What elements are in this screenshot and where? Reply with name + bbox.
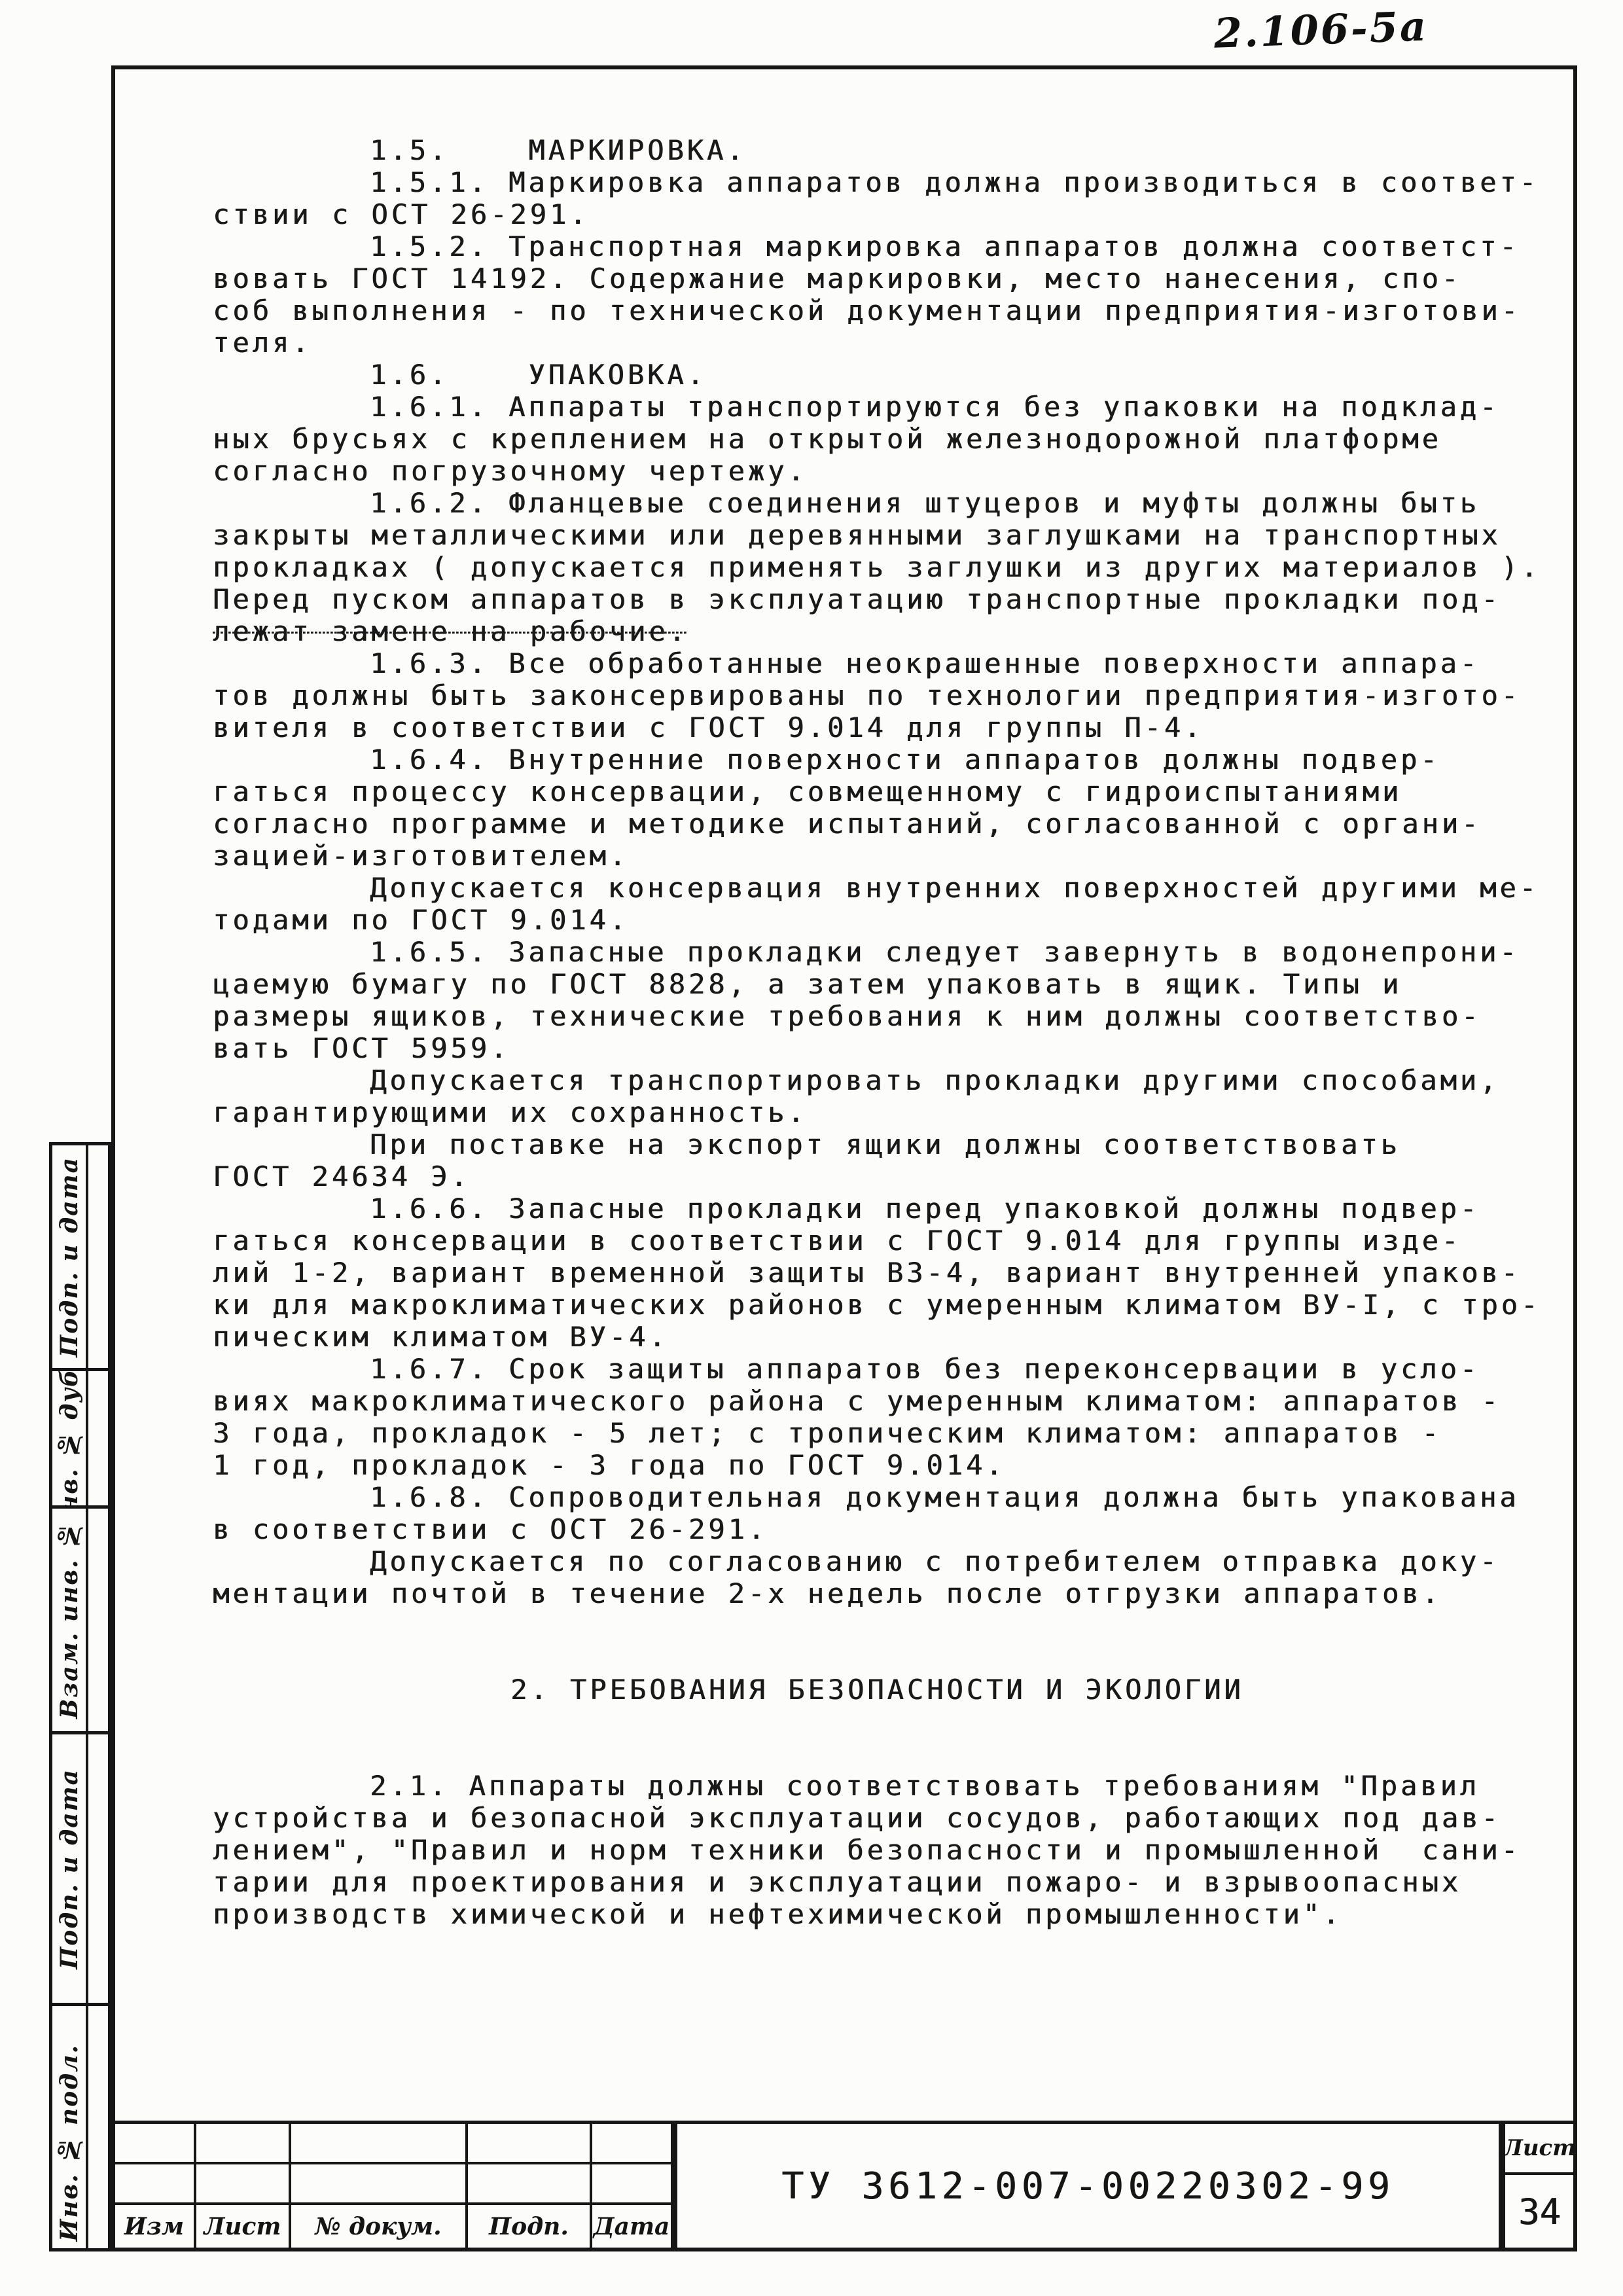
revision-empty-cell bbox=[291, 2124, 468, 2164]
text-line: тодами по ГОСТ 9.014. bbox=[213, 904, 1561, 936]
text-line: лением", "Правил и норм техники безопасн… bbox=[213, 1834, 1561, 1866]
revision-empty-cell bbox=[291, 2164, 468, 2205]
stamp-label: Взам. инв. № bbox=[56, 1520, 83, 1719]
text-line: согласно погрузочному чертежу. bbox=[213, 455, 1561, 487]
text-line: 1.6.6. Запасные прокладки перед упаковко… bbox=[213, 1193, 1561, 1225]
stamp-cell-podp-i-data-1: Подп. и дата bbox=[52, 1145, 108, 1371]
text-line: закрыты металлическими или деревянными з… bbox=[213, 519, 1561, 551]
stamp-label: Инв. № дубл. bbox=[56, 1371, 83, 1505]
text-line: 1.6.1. Аппараты транспортируются без упа… bbox=[213, 391, 1561, 423]
text-line: гарантирующими их сохранность. bbox=[213, 1096, 1561, 1128]
revision-empty-cell bbox=[592, 2124, 671, 2164]
stamp-column: Подп. и дата Инв. № дубл. Взам. инв. № П… bbox=[49, 1142, 111, 2251]
revision-table: Изм Лист № докум. Подп. Дата bbox=[111, 2121, 674, 2251]
stamp-cell-inv-n-dubl: Инв. № дубл. bbox=[52, 1371, 108, 1509]
stamp-signature-area bbox=[88, 1371, 108, 1505]
body-text: 1.5. МАРКИРОВКА.1.5.1. Маркировка аппара… bbox=[213, 134, 1561, 1930]
text-line: вать ГОСТ 5959. bbox=[213, 1032, 1561, 1064]
stamp-signature-area bbox=[88, 1145, 108, 1368]
text-line: 2. ТРЕБОВАНИЯ БЕЗОПАСНОСТИ И ЭКОЛОГИИ bbox=[213, 1674, 1561, 1706]
blank-line bbox=[213, 1641, 1561, 1674]
text-line: 1.6.3. Все обработанные неокрашенные пов… bbox=[213, 647, 1561, 679]
stamp-signature-area bbox=[88, 1734, 108, 2003]
stamp-label: Инв. № подл. bbox=[56, 2044, 83, 2242]
revision-empty-cell bbox=[468, 2164, 592, 2205]
page: 2.106-5a 1.5. МАРКИРОВКА.1.5.1. Маркиров… bbox=[0, 0, 1623, 2296]
stamp-label-cell: Подп. и дата bbox=[52, 1734, 88, 2003]
text-line: 1.6.2. Фланцевые соединения штуцеров и м… bbox=[213, 487, 1561, 519]
text-line: Допускается консервация внутренних повер… bbox=[213, 872, 1561, 904]
text-line: зацией-изготовителем. bbox=[213, 840, 1561, 872]
stamp-cell-vzam-inv-n: Взам. инв. № bbox=[52, 1509, 108, 1734]
stamp-cell-inv-n-podl: Инв. № подл. bbox=[52, 2006, 108, 2248]
text-line: Допускается транспортировать прокладки д… bbox=[213, 1064, 1561, 1096]
revision-col-data: Дата bbox=[592, 2205, 671, 2248]
text-line: согласно программе и методике испытаний,… bbox=[213, 808, 1561, 840]
text-line: цаемую бумагу по ГОСТ 8828, а затем упак… bbox=[213, 968, 1561, 1000]
revision-empty-cell bbox=[115, 2164, 196, 2205]
text-line: 2.1. Аппараты должны соответствовать тре… bbox=[213, 1770, 1561, 1802]
text-line: 3 года, прокладок - 5 лет; с тропическим… bbox=[213, 1417, 1561, 1449]
revision-empty-cell bbox=[468, 2124, 592, 2164]
text-line: устройства и безопасной эксплуатации сос… bbox=[213, 1802, 1561, 1834]
text-line: 1.5.2. Транспортная маркировка аппаратов… bbox=[213, 230, 1561, 262]
text-line: гаться процессу консервации, совмещенном… bbox=[213, 776, 1561, 808]
sheet-number: 34 bbox=[1505, 2175, 1574, 2248]
stamp-label-cell: Взам. инв. № bbox=[52, 1509, 88, 1731]
blank-line bbox=[213, 1609, 1561, 1641]
text-line: 1.6.5. Запасные прокладки следует заверн… bbox=[213, 936, 1561, 968]
text-line: лий 1-2, вариант временной защиты ВЗ-4, … bbox=[213, 1257, 1561, 1289]
document-number-cell: ТУ 3612-007-00220302-99 bbox=[674, 2121, 1502, 2251]
text-line: Перед пуском аппаратов в эксплуатацию тр… bbox=[213, 583, 1561, 615]
stamp-label-cell: Инв. № подл. bbox=[52, 2006, 88, 2248]
text-line: 1.6.8. Сопроводительная документация дол… bbox=[213, 1481, 1561, 1513]
text-line: вителя в соответствии с ГОСТ 9.014 для г… bbox=[213, 711, 1561, 744]
text-line: теля. bbox=[213, 327, 1561, 359]
revision-col-podp: Подп. bbox=[468, 2205, 592, 2248]
handwritten-annotation: 2.106-5a bbox=[1213, 0, 1543, 69]
text-line: гаться консервации в соответствии с ГОСТ… bbox=[213, 1225, 1561, 1257]
revision-empty-cell bbox=[592, 2164, 671, 2205]
revision-empty-cell bbox=[196, 2164, 291, 2205]
text-line: в соответствии с ОСТ 26-291. bbox=[213, 1513, 1561, 1545]
text-line: 1.6.4. Внутренние поверхности аппаратов … bbox=[213, 744, 1561, 776]
stamp-label-cell: Инв. № дубл. bbox=[52, 1371, 88, 1505]
blank-line bbox=[213, 1706, 1561, 1738]
text-line: 1.5.1. Маркировка аппаратов должна произ… bbox=[213, 166, 1561, 198]
stamp-signature-area bbox=[88, 1509, 108, 1731]
text-line: размеры ящиков, технические требования к… bbox=[213, 1000, 1561, 1032]
text-line: Допускается по согласованию с потребител… bbox=[213, 1545, 1561, 1577]
revision-col-izm: Изм bbox=[115, 2205, 196, 2248]
text-line: При поставке на экспорт ящики должны соо… bbox=[213, 1128, 1561, 1160]
stamp-label-cell: Подп. и дата bbox=[52, 1145, 88, 1368]
stamp-label: Подп. и дата bbox=[56, 1768, 83, 1969]
text-line: производств химической и нефтехимической… bbox=[213, 1898, 1561, 1930]
text-line: прокладках ( допускается применять заглу… bbox=[213, 551, 1561, 583]
revision-col-docnum: № докум. bbox=[291, 2205, 468, 2248]
text-line: тов должны быть законсервированы по техн… bbox=[213, 679, 1561, 711]
text-line: 1 год, прокладок - 3 года по ГОСТ 9.014. bbox=[213, 1449, 1561, 1481]
text-line: лежат замене на рабочие. bbox=[213, 615, 1561, 647]
sheet-label: Лист bbox=[1505, 2124, 1574, 2175]
text-line: 1.5. МАРКИРОВКА. bbox=[213, 134, 1561, 166]
blank-line bbox=[213, 1738, 1561, 1770]
revision-col-list: Лист bbox=[196, 2205, 291, 2248]
text-line: виях макроклиматического района с умерен… bbox=[213, 1385, 1561, 1417]
text-line: ки для макроклиматических районов с умер… bbox=[213, 1289, 1561, 1321]
text-line: тарии для проектирования и эксплуатации … bbox=[213, 1866, 1561, 1898]
revision-empty-cell bbox=[196, 2124, 291, 2164]
text-line: соб выполнения - по технической документ… bbox=[213, 295, 1561, 327]
text-line: вовать ГОСТ 14192. Содержание маркировки… bbox=[213, 262, 1561, 295]
text-line: ГОСТ 24634 Э. bbox=[213, 1160, 1561, 1193]
text-line: ных брусьях с креплением на открытой жел… bbox=[213, 423, 1561, 455]
sheet-cell: Лист 34 bbox=[1502, 2121, 1577, 2251]
stamp-signature-area bbox=[88, 2006, 108, 2248]
text-line: 1.6.7. Срок защиты аппаратов без перекон… bbox=[213, 1353, 1561, 1385]
text-line: ментации почтой в течение 2-х недель пос… bbox=[213, 1577, 1561, 1609]
text-line: ствии с ОСТ 26-291. bbox=[213, 198, 1561, 230]
text-line: 1.6. УПАКОВКА. bbox=[213, 359, 1561, 391]
stamp-cell-podp-i-data-2: Подп. и дата bbox=[52, 1734, 108, 2006]
revision-empty-cell bbox=[115, 2124, 196, 2164]
stamp-label: Подп. и дата bbox=[56, 1157, 83, 1357]
text-line: пическим климатом ВУ-4. bbox=[213, 1321, 1561, 1353]
